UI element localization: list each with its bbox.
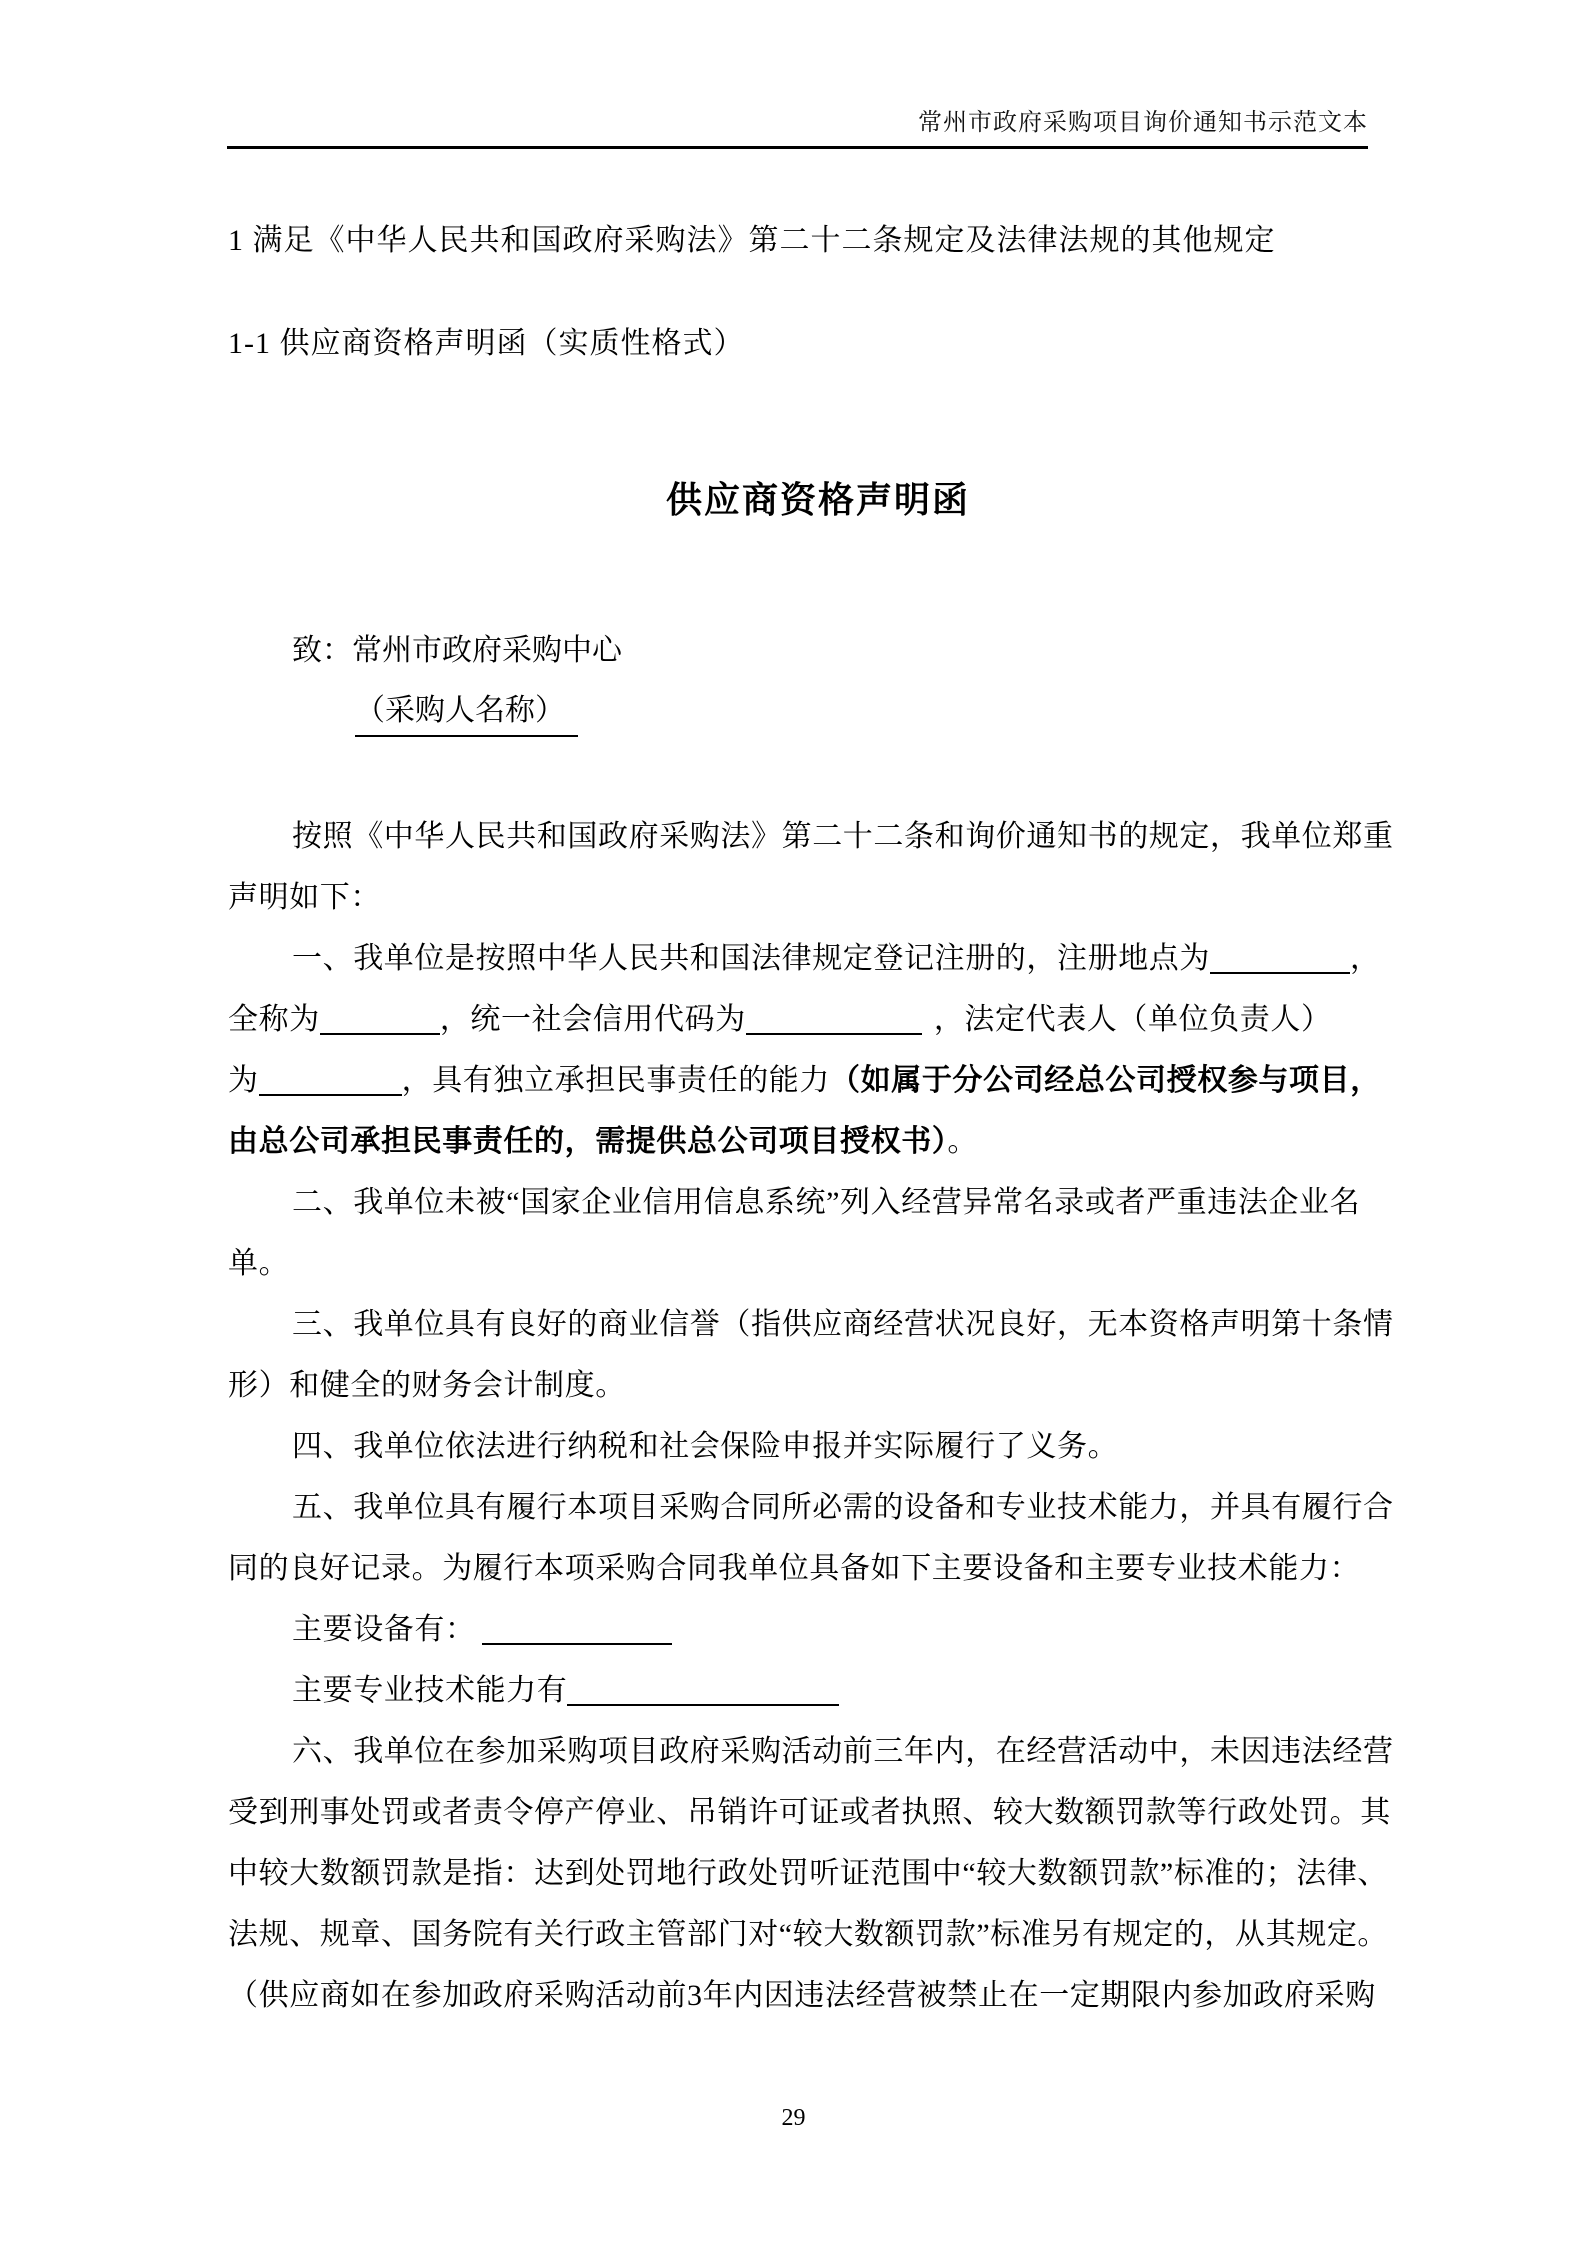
clause-3-line-2: 形）和健全的财务会计制度。 [228, 1355, 1435, 1416]
branch-note-part-1: （如属于分公司经总公司授权参与项目， [830, 1064, 1381, 1097]
clause-1-line-3: 为，具有独立承担民事责任的能力（如属于分公司经总公司授权参与项目， [228, 1050, 1435, 1111]
clause-1-text: 一、我单位是按照中华人民共和国法律规定登记注册的，注册地点为 [292, 942, 1210, 975]
legal-representative-field[interactable] [259, 1056, 402, 1096]
intro-line-1: 按照《中华人民共和国政府采购法》第二十二条和询价通知书的规定，我单位郑重 [228, 806, 1435, 867]
clause-5-line-2: 同的良好记录。为履行本项采购合同我单位具备如下主要设备和主要专业技术能力： [228, 1538, 1435, 1599]
to-label: 致： [292, 634, 352, 667]
recipient-hint: （采购人名称） [355, 687, 578, 737]
full-name-field[interactable] [320, 995, 440, 1035]
page-number: 29 [0, 2098, 1587, 2138]
clause-5: 五、我单位具有履行本项目采购合同所必需的设备和专业技术能力，并具有履行合 同的良… [228, 1477, 1435, 1721]
branch-note-part-2: 由总公司承担民事责任的，需提供总公司项目授权书） [228, 1125, 947, 1158]
legal-rep-prefix: 为 [228, 1064, 259, 1097]
credit-code-field[interactable] [746, 995, 922, 1035]
section-heading-1-1: 1-1 供应商资格声明函（实质性格式） [228, 313, 745, 374]
clause-4-line-1: 四、我单位依法进行纳税和社会保险申报并实际履行了义务。 [228, 1416, 1435, 1477]
clause-2: 二、我单位未被“国家企业信用信息系统”列入经营异常名录或者严重违法企业名 单。 [228, 1172, 1435, 1294]
clause-1: 一、我单位是按照中华人民共和国法律规定登记注册的，注册地点为， 全称为，统一社会… [228, 928, 1435, 1172]
clause-6: 六、我单位在参加采购项目政府采购活动前三年内，在经营活动中，未因违法经营 受到刑… [228, 1721, 1435, 2026]
intro-paragraph: 按照《中华人民共和国政府采购法》第二十二条和询价通知书的规定，我单位郑重 声明如… [228, 806, 1435, 928]
clause-6-line-2: 受到刑事处罚或者责令停产停业、吊销许可证或者执照、较大数额罚款等行政处罚。其 [228, 1782, 1435, 1843]
clause-3: 三、我单位具有良好的商业信誉（指供应商经营状况良好，无本资格声明第十条情 形）和… [228, 1294, 1435, 1416]
clause-1-line-2: 全称为，统一社会信用代码为，法定代表人（单位负责人） [228, 989, 1435, 1050]
full-name-label: 全称为 [228, 1003, 320, 1036]
header-divider [227, 146, 1368, 149]
clause-5-line-1: 五、我单位具有履行本项目采购合同所必需的设备和专业技术能力，并具有履行合 [228, 1477, 1435, 1538]
clause-6-line-1: 六、我单位在参加采购项目政府采购活动前三年内，在经营活动中，未因违法经营 [228, 1721, 1435, 1782]
credit-code-label: ，统一社会信用代码为 [440, 1003, 746, 1036]
clause-2-line-1: 二、我单位未被“国家企业信用信息系统”列入经营异常名录或者严重违法企业名 [228, 1172, 1435, 1233]
clause-3-line-1: 三、我单位具有良好的商业信誉（指供应商经营状况良好，无本资格声明第十条情 [228, 1294, 1435, 1355]
recipient-line: 致：常州市政府采购中心 [292, 620, 622, 681]
clause-6-line-4: 法规、规章、国务院有关行政主管部门对“较大数额罚款”标准另有规定的，从其规定。 [228, 1904, 1435, 1965]
registered-address-field[interactable] [1210, 934, 1350, 974]
legal-rep-label: ，法定代表人（单位负责人） [922, 1003, 1332, 1036]
clause-1-line-4: 由总公司承担民事责任的，需提供总公司项目授权书）。 [228, 1111, 1435, 1172]
clause-4: 四、我单位依法进行纳税和社会保险申报并实际履行了义务。 [228, 1416, 1435, 1477]
recipient-hint-line: （采购人名称） [355, 680, 578, 741]
recipient-name: 常州市政府采购中心 [352, 634, 622, 667]
intro-line-2: 声明如下： [228, 867, 1435, 928]
equipment-label: 主要设备有： [292, 1613, 476, 1646]
liability-text: ，具有独立承担民事责任的能力 [402, 1064, 830, 1097]
capability-field[interactable] [567, 1666, 839, 1706]
capability-line: 主要专业技术能力有 [228, 1660, 1435, 1721]
clause-6-line-3: 中较大数额罚款是指：达到处罚地行政处罚听证范围中“较大数额罚款”标准的；法律、 [228, 1843, 1435, 1904]
letter-title: 供应商资格声明函 [228, 468, 1408, 532]
comma: ， [1350, 942, 1381, 975]
period: 。 [947, 1125, 978, 1158]
section-heading-1: 1 满足《中华人民共和国政府采购法》第二十二条规定及法律法规的其他规定 [228, 210, 1276, 271]
clause-1-line-1: 一、我单位是按照中华人民共和国法律规定登记注册的，注册地点为， [228, 928, 1435, 989]
equipment-field[interactable] [482, 1605, 672, 1645]
running-header: 常州市政府采购项目询价通知书示范文本 [228, 100, 1368, 146]
equipment-line: 主要设备有： [228, 1599, 1435, 1660]
capability-label: 主要专业技术能力有 [292, 1674, 567, 1707]
clause-6-line-5: （供应商如在参加政府采购活动前3年内因违法经营被禁止在一定期限内参加政府采购 [228, 1965, 1435, 2026]
clause-2-line-2: 单。 [228, 1233, 1435, 1294]
